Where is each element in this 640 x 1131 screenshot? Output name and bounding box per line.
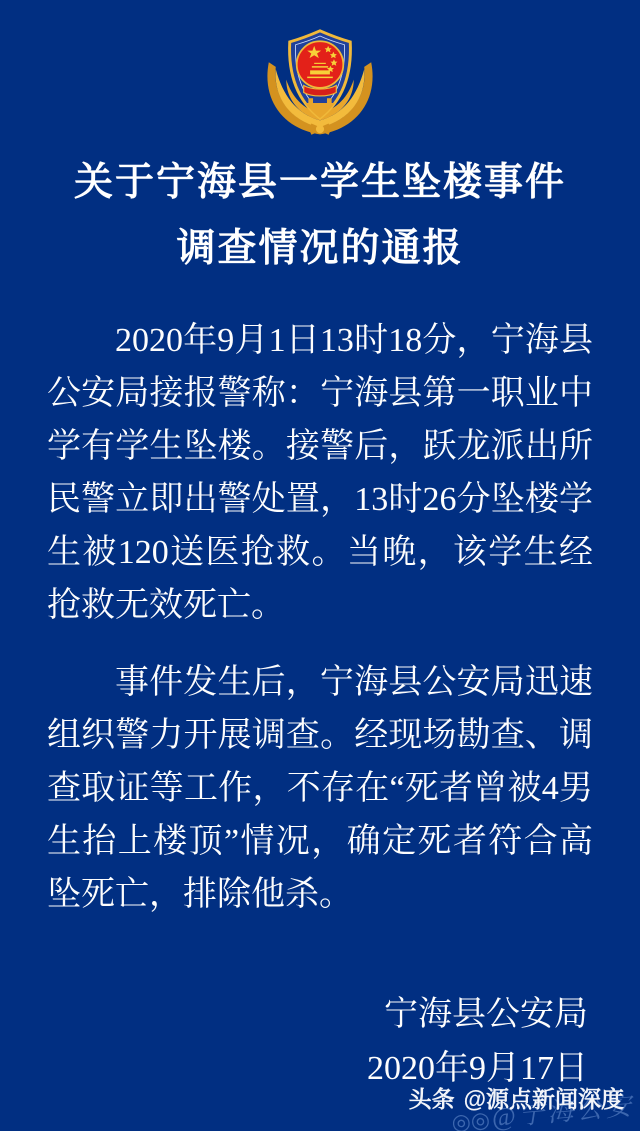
title-line-2: 调查情况的通报 bbox=[0, 216, 640, 282]
notice-title: 关于宁海县一学生坠楼事件 调查情况的通报 bbox=[0, 150, 640, 282]
notice-body: 2020年9月1日13时18分，宁海县公安局接报警称：宁海县第一职业中学有学生坠… bbox=[47, 314, 593, 921]
body-paragraph-2: 事件发生后，宁海县公安局迅速组织警力开展调查。经现场勘查、调查取证等工作，不存在… bbox=[47, 656, 593, 921]
signature-block: 宁海县公安局 2020年9月17日 bbox=[367, 988, 588, 1096]
police-badge-icon bbox=[256, 22, 384, 142]
national-emblem bbox=[297, 41, 344, 88]
toutiao-handle: @源点新闻深度 bbox=[464, 1086, 624, 1112]
toutiao-logo-text: 头条 bbox=[409, 1086, 455, 1112]
notice-page: 关于宁海县一学生坠楼事件 调查情况的通报 2020年9月1日13时18分，宁海县… bbox=[0, 0, 640, 1131]
police-badge-svg bbox=[256, 22, 384, 142]
body-paragraph-1: 2020年9月1日13时18分，宁海县公安局接报警称：宁海县第一职业中学有学生坠… bbox=[47, 314, 593, 632]
toutiao-watermark: 头条@源点新闻深度 bbox=[409, 1081, 624, 1114]
signature-agency: 宁海县公安局 bbox=[367, 988, 588, 1042]
title-line-1: 关于宁海县一学生坠楼事件 bbox=[0, 150, 640, 216]
